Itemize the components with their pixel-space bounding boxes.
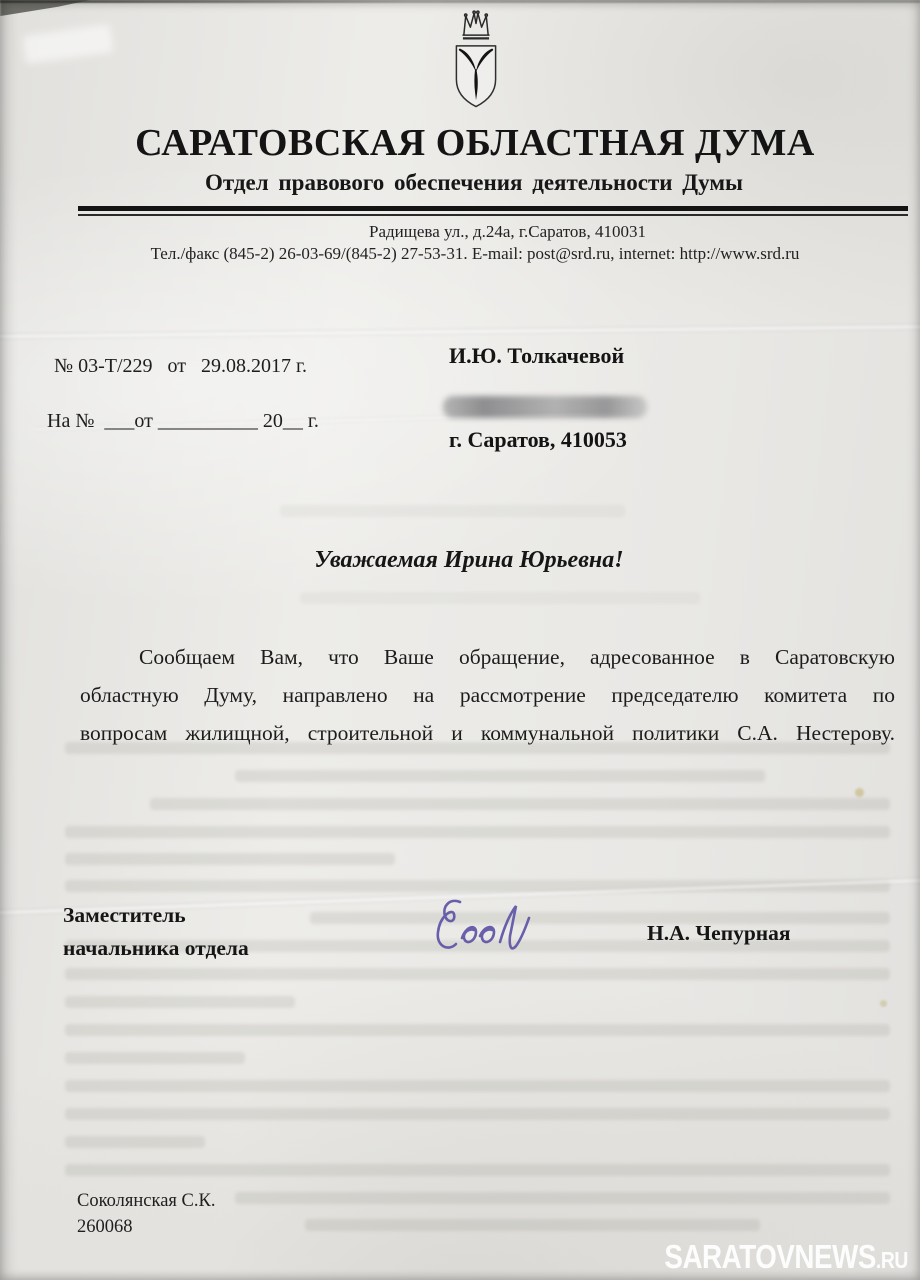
body-line: вопросам жилищной, строительной и коммун… <box>80 714 895 752</box>
paper-stain <box>880 1000 887 1007</box>
scan-top-edge <box>0 0 920 3</box>
letterhead-address: Радищева ул., д.24а, г.Саратов, 410031 <box>95 222 920 242</box>
shield-icon <box>456 46 495 107</box>
scan-corner-artifact <box>0 0 92 17</box>
scanned-letter-page: САРАТОВСКАЯ ОБЛАСТНАЯ ДУМА Отдел правово… <box>0 0 920 1280</box>
body-line: областную Думу, направлено на рассмотрен… <box>80 676 895 714</box>
signer-name: Н.А. Чепурная <box>647 921 791 946</box>
organization-name: САРАТОВСКАЯ ОБЛАСТНАЯ ДУМА <box>0 121 920 165</box>
watermark-suffix: .RU <box>876 1247 908 1273</box>
scan-corner-highlight <box>22 24 113 64</box>
addressee-name: И.Ю. Толкачевой <box>449 343 624 369</box>
redacted-address <box>443 396 647 418</box>
executor-name: Соколянская С.К. <box>77 1191 215 1212</box>
outgoing-number-date: № 03-Т/229 от 29.08.2017 г. <box>54 355 307 378</box>
letterhead-divider <box>78 206 908 216</box>
crown-icon <box>462 11 489 38</box>
handwritten-signature <box>426 884 531 984</box>
signer-position-line1: Заместитель <box>63 899 249 932</box>
paper-stain <box>855 788 864 797</box>
letterhead-contacts: Тел./факс (845-2) 26-03-69/(845-2) 27-53… <box>30 244 920 264</box>
signer-position: Заместитель начальника отдела <box>63 899 249 965</box>
salutation: Уважаемая Ирина Юрьевна! <box>0 547 920 574</box>
letter-body: Сообщаем Вам, что Ваше обращение, адресо… <box>80 638 895 752</box>
saratov-coat-of-arms <box>448 6 504 110</box>
department-name: Отдел правового обеспечения деятельности… <box>0 170 920 196</box>
body-line: Сообщаем Вам, что Ваше обращение, адресо… <box>80 638 895 676</box>
addressee-city: г. Саратов, 410053 <box>449 427 627 453</box>
site-watermark: SARATOVNEWS.RU <box>664 1238 908 1276</box>
watermark-main: SARATOVNEWS <box>664 1238 876 1275</box>
fold-crease <box>0 323 920 340</box>
executor-phone: 260068 <box>77 1217 133 1238</box>
incoming-number-blank: На № ___от __________ 20__ г. <box>47 410 319 433</box>
signer-position-line2: начальника отдела <box>63 932 249 965</box>
